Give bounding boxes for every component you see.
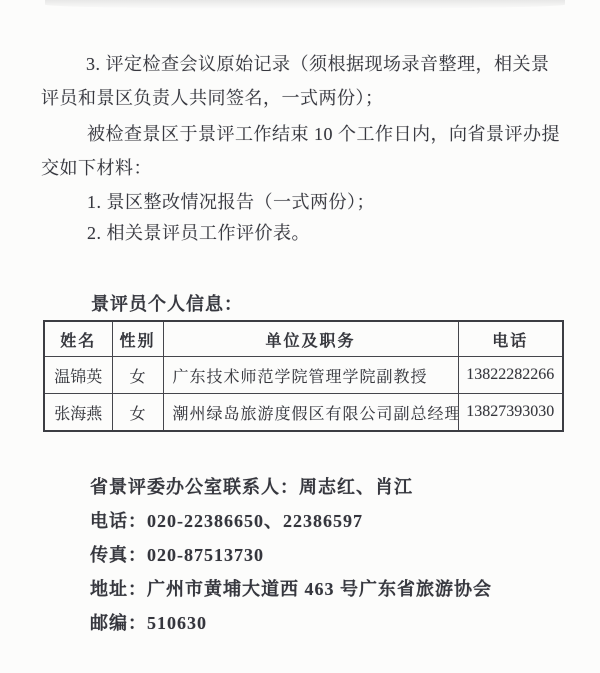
body-text-line-4: 交如下材料：: [41, 154, 152, 180]
list-item-1: 1. 景区整改情况报告（一式两份）；: [87, 188, 375, 214]
cell-organization: 广东技术师范学院管理学院副教授: [163, 357, 458, 394]
list-item-2: 2. 相关景评员工作评价表。: [87, 219, 310, 245]
contact-line-phone: 电话：020-22386650、22386597: [90, 507, 363, 533]
table-header-row: 姓名 性别 单位及职务 电话: [44, 321, 563, 357]
header-cell-name: 姓名: [44, 321, 112, 357]
header-cell-organization: 单位及职务: [163, 321, 458, 357]
contact-line-persons: 省景评委办公室联系人：周志红、肖江: [90, 473, 413, 499]
cell-name: 张海燕: [44, 394, 112, 432]
cell-gender: 女: [112, 357, 163, 394]
table-row-evaluator-2: 张海燕 女 潮州绿岛旅游度假区有限公司副总经理 13827393030: [44, 394, 563, 432]
contact-line-postcode: 邮编：510630: [90, 609, 207, 635]
cell-phone: 13822282266: [458, 357, 563, 394]
cell-name: 温锦英: [44, 357, 112, 394]
body-text-line-2: 评员和景区负责人共同签名，一式两份）；: [41, 84, 384, 110]
cell-phone: 13827393030: [458, 394, 563, 432]
header-cell-gender: 性别: [112, 321, 163, 357]
scanned-document-page: 3. 评定检查会议原始记录（须根据现场录音整理，相关景 评员和景区负责人共同签名…: [0, 0, 600, 673]
contact-line-address: 地址：广州市黄埔大道西 463 号广东省旅游协会: [90, 575, 492, 601]
scan-artifact-smudge: [45, 0, 565, 9]
section-label-evaluator-info: 景评员个人信息：: [91, 290, 243, 316]
evaluator-info-table: 姓名 性别 单位及职务 电话 温锦英 女 广东技术师范学院管理学院副教授 138…: [43, 320, 564, 432]
body-text-line-1: 3. 评定检查会议原始记录（须根据现场录音整理，相关景: [86, 50, 550, 76]
body-text-line-3: 被检查景区于景评工作结束 10 个工作日内，向省景评办提: [87, 120, 560, 146]
cell-gender: 女: [112, 394, 163, 432]
header-cell-phone: 电话: [458, 321, 563, 357]
contact-line-fax: 传真：020-87513730: [90, 541, 264, 567]
table-row-evaluator-1: 温锦英 女 广东技术师范学院管理学院副教授 13822282266: [44, 357, 563, 394]
cell-organization: 潮州绿岛旅游度假区有限公司副总经理: [163, 394, 458, 432]
